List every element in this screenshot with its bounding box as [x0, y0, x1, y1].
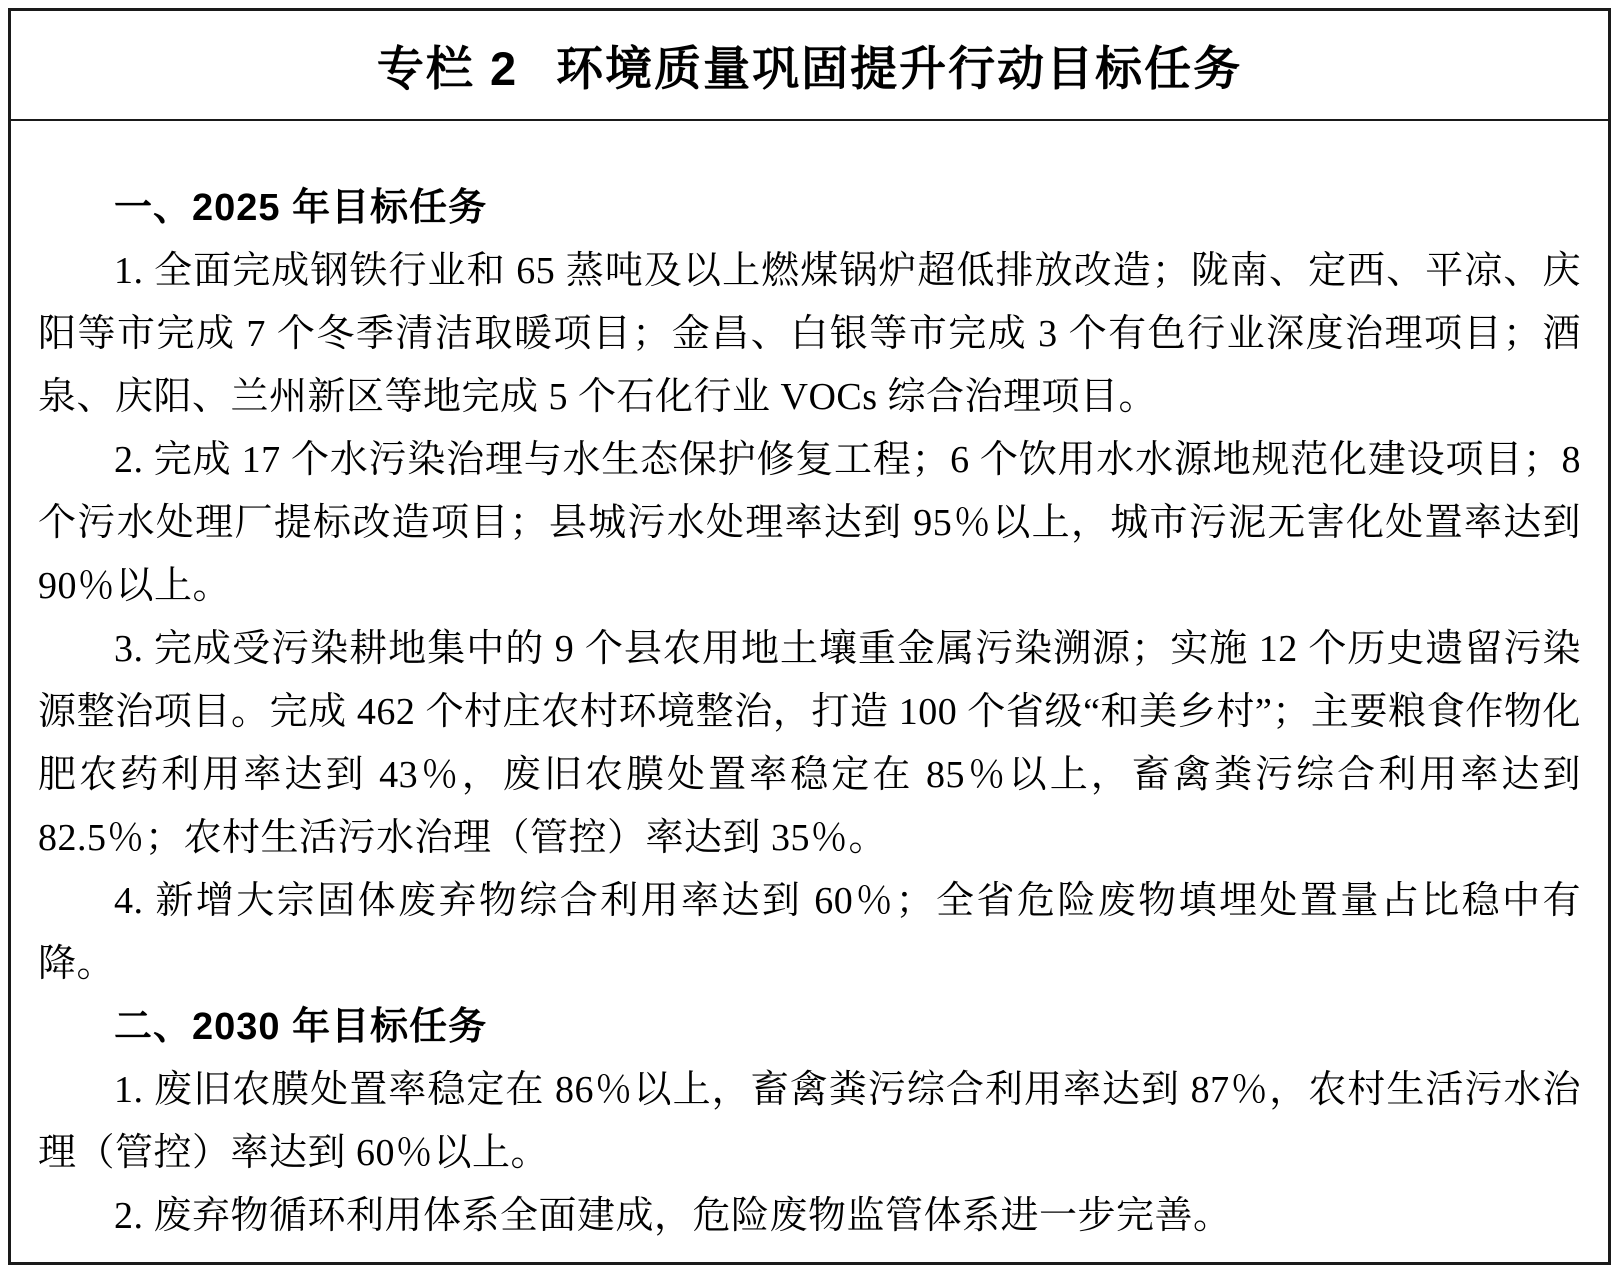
section-2030-item-1: 1. 废旧农膜处置率稳定在 86％以上，畜禽粪污综合利用率达到 87％，农村生活…	[38, 1059, 1581, 1185]
section-2025-item-3: 3. 完成受污染耕地集中的 9 个县农用地土壤重金属污染溯源；实施 12 个历史…	[38, 618, 1581, 870]
section-2030-heading: 二、2030 年目标任务	[38, 996, 1581, 1059]
section-2025-item-4: 4. 新增大宗固体废弃物综合利用率达到 60％；全省危险废物填埋处置量占比稳中有…	[38, 870, 1581, 996]
section-2025-heading: 一、2025 年目标任务	[38, 177, 1581, 240]
box-header: 专栏 2 环境质量巩固提升行动目标任务	[11, 11, 1608, 121]
box-body: 一、2025 年目标任务 1. 全面完成钢铁行业和 65 蒸吨及以上燃煤锅炉超低…	[11, 121, 1608, 1248]
box-title-text: 环境质量巩固提升行动目标任务	[556, 32, 1242, 99]
box-title: 专栏 2 环境质量巩固提升行动目标任务	[377, 32, 1242, 99]
section-2030-item-2: 2. 废弃物循环利用体系全面建成，危险废物监管体系进一步完善。	[38, 1185, 1581, 1248]
section-2025-item-1: 1. 全面完成钢铁行业和 65 蒸吨及以上燃煤锅炉超低排放改造；陇南、定西、平凉…	[38, 240, 1581, 429]
section-2025-item-2: 2. 完成 17 个水污染治理与水生态保护修复工程；6 个饮用水水源地规范化建设…	[38, 429, 1581, 618]
box-title-label: 专栏 2	[377, 32, 518, 99]
callout-box: 专栏 2 环境质量巩固提升行动目标任务 一、2025 年目标任务 1. 全面完成…	[8, 8, 1611, 1265]
document-page: { "box": { "title": { "label": "专栏 2", "…	[0, 0, 1619, 1273]
